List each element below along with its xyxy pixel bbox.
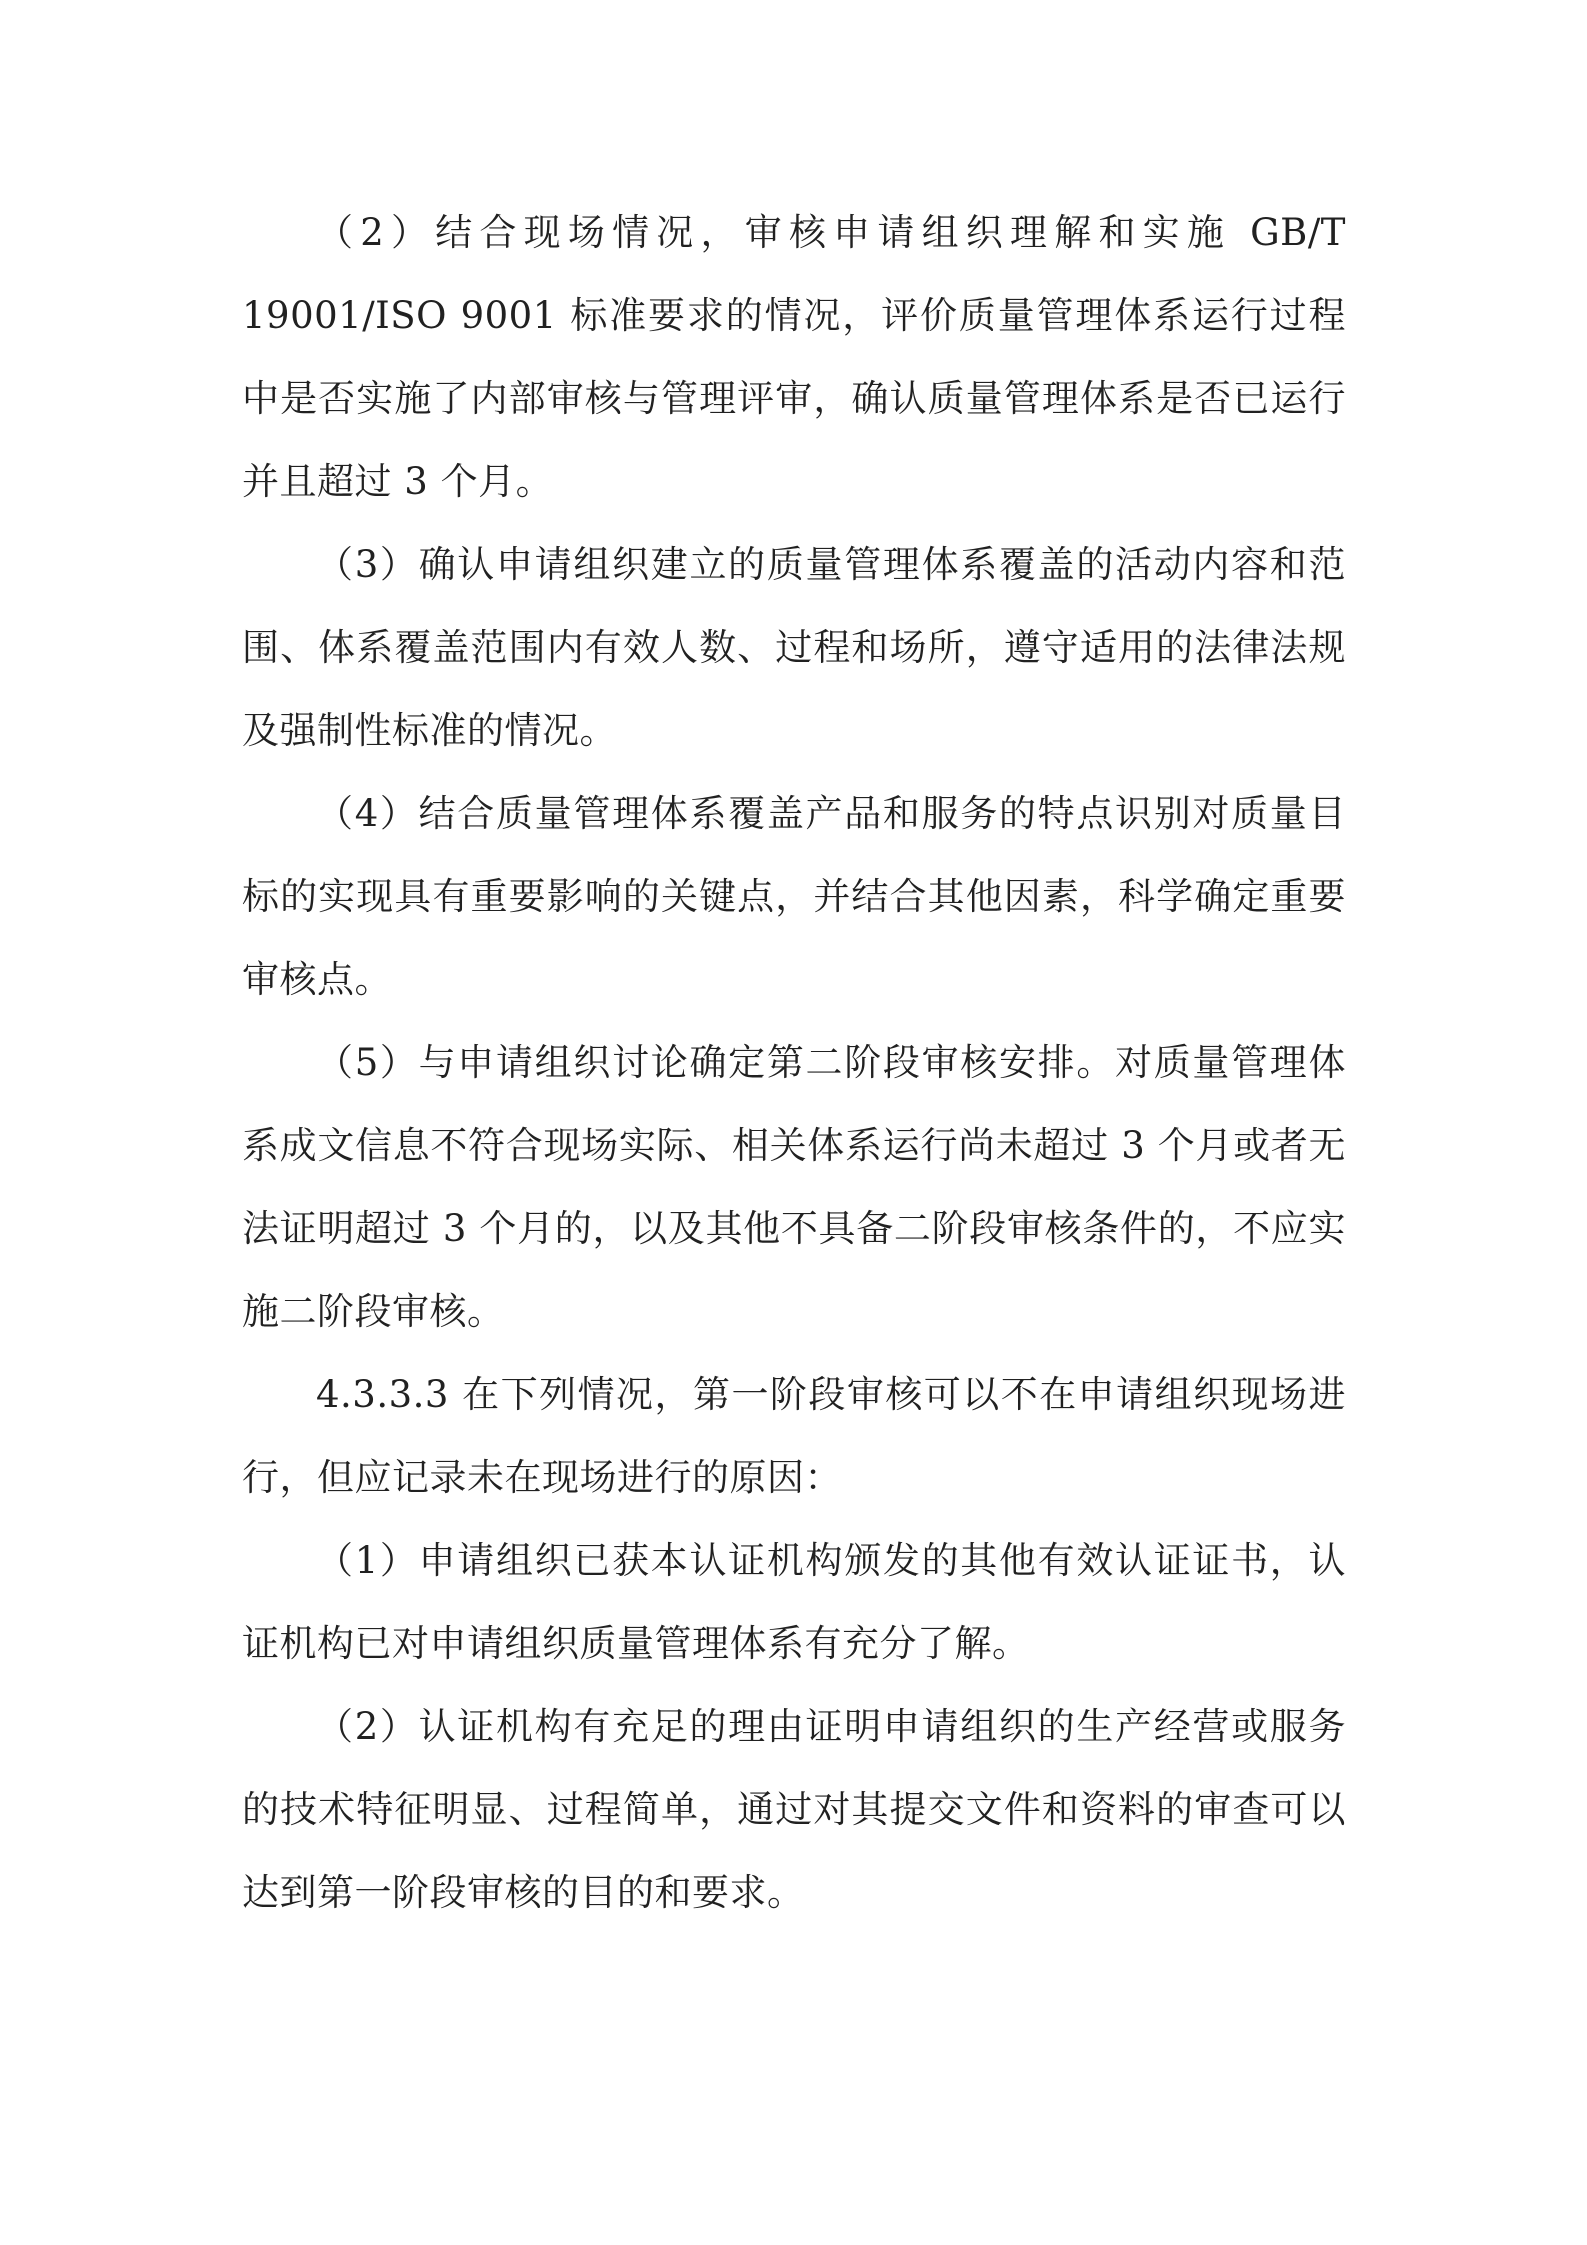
- paragraph-clause-2: （2）结合现场情况，审核申请组织理解和实施 GB/T 19001/ISO 900…: [242, 191, 1346, 523]
- document-page: （2）结合现场情况，审核申请组织理解和实施 GB/T 19001/ISO 900…: [0, 0, 1587, 2245]
- paragraph-clause-4: （4）结合质量管理体系覆盖产品和服务的特点识别对质量目标的实现具有重要影响的关键…: [242, 772, 1346, 1021]
- paragraph-item-2: （2）认证机构有充足的理由证明申请组织的生产经营或服务的技术特征明显、过程简单，…: [242, 1685, 1346, 1934]
- paragraph-section-4-3-3-3: 4.3.3.3 在下列情况，第一阶段审核可以不在申请组织现场进行，但应记录未在现…: [242, 1353, 1346, 1519]
- paragraph-item-1: （1）申请组织已获本认证机构颁发的其他有效认证证书，认证机构已对申请组织质量管理…: [242, 1519, 1346, 1685]
- paragraph-clause-5: （5）与申请组织讨论确定第二阶段审核安排。对质量管理体系成文信息不符合现场实际、…: [242, 1021, 1346, 1353]
- document-text-block: （2）结合现场情况，审核申请组织理解和实施 GB/T 19001/ISO 900…: [242, 191, 1346, 1934]
- paragraph-clause-3: （3）确认申请组织建立的质量管理体系覆盖的活动内容和范围、体系覆盖范围内有效人数…: [242, 523, 1346, 772]
